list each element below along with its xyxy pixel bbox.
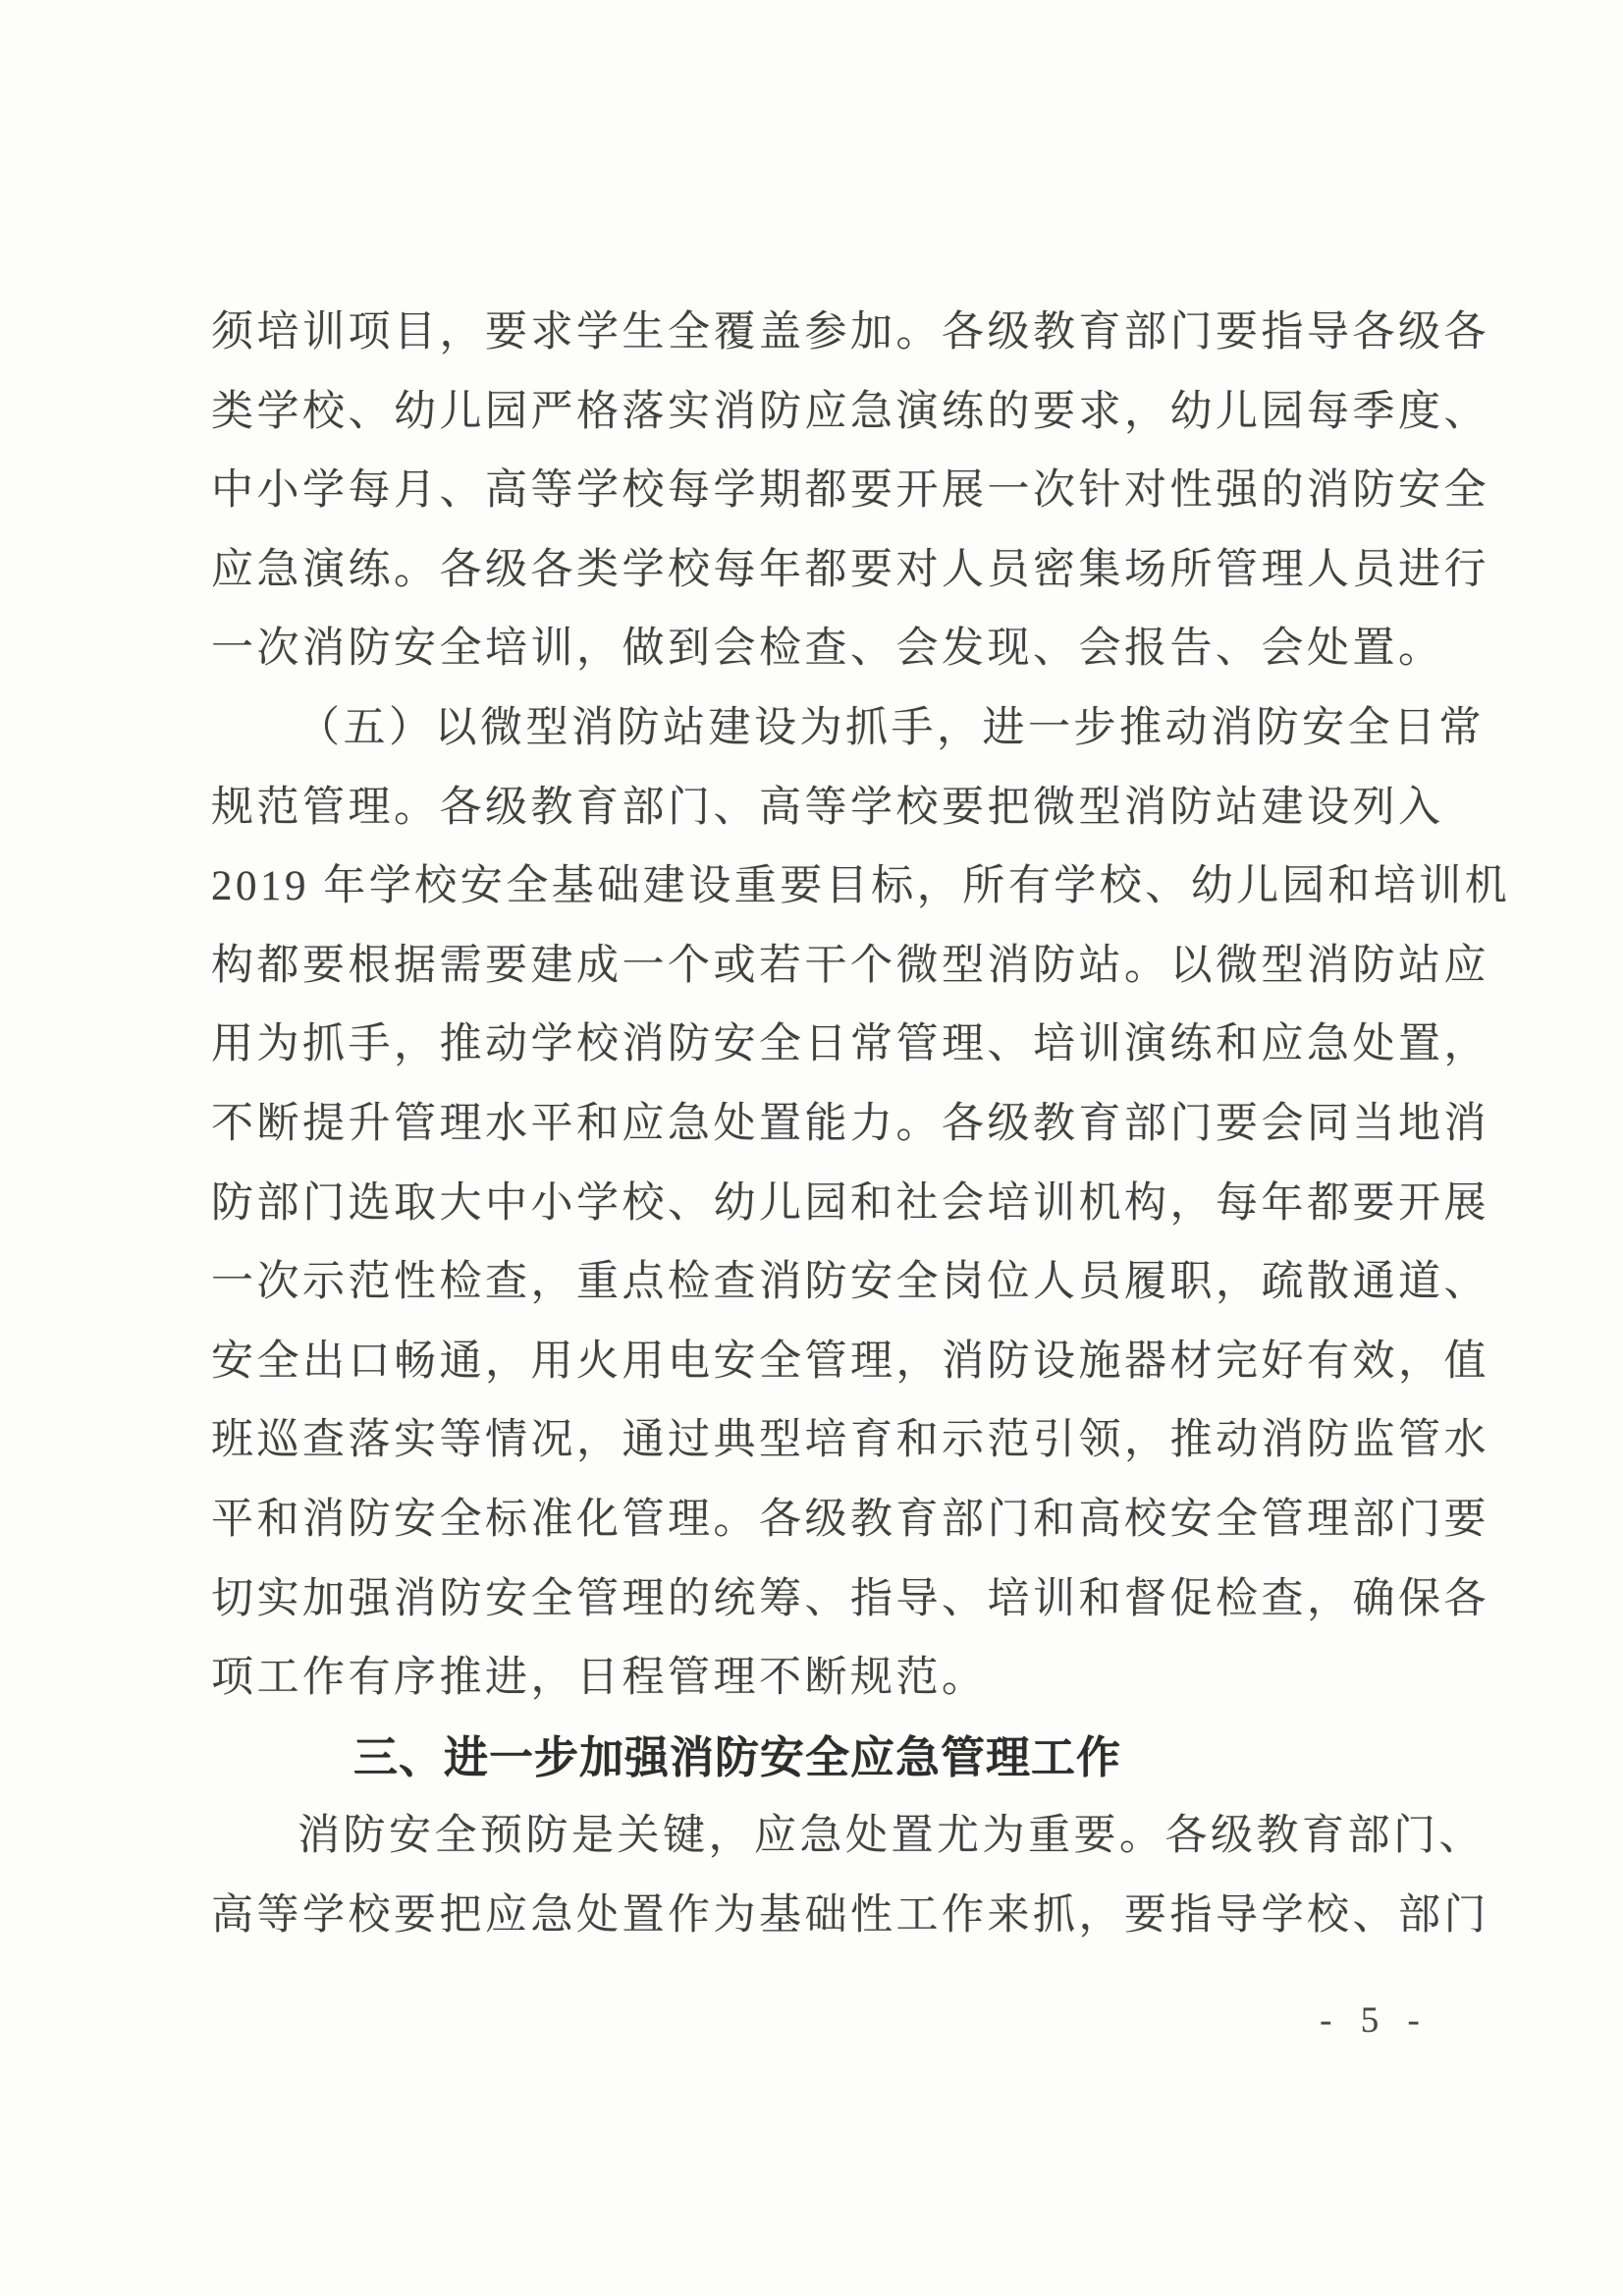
body-line: 高等学校要把应急处置作为基础性工作来抓，要指导学校、部门 <box>211 1877 1492 1956</box>
body-line: 2019 年学校安全基础建设重要目标，所有学校、幼儿园和培训机 <box>211 847 1492 927</box>
body-line: 规范管理。各级教育部门、高等学校要把微型消防站建设列入 <box>211 769 1492 848</box>
body-line: 须培训项目，要求学生全覆盖参加。各级教育部门要指导各级各 <box>211 294 1492 373</box>
section-heading: 三、进一步加强消防安全应急管理工作 <box>211 1719 1492 1798</box>
document-body: 须培训项目，要求学生全覆盖参加。各级教育部门要指导各级各 类学校、幼儿园严格落实… <box>211 294 1492 1955</box>
body-line: 构都要根据需要建成一个或若干个微型消防站。以微型消防站应 <box>211 927 1492 1007</box>
body-line: 应急演练。各级各类学校每年都要对人员密集场所管理人员进行 <box>211 531 1492 611</box>
page-number: - 5 - <box>1291 1999 1458 2042</box>
body-line: 类学校、幼儿园严格落实消防应急演练的要求，幼儿园每季度、 <box>211 373 1492 453</box>
body-line: 一次消防安全培训，做到会检查、会发现、会报告、会处置。 <box>211 610 1492 689</box>
body-line: 一次示范性检查，重点检查消防安全岗位人员履职，疏散通道、 <box>211 1243 1492 1323</box>
body-line: 中小学每月、高等学校每学期都要开展一次针对性强的消防安全 <box>211 452 1492 531</box>
body-line: 项工作有序推进，日程管理不断规范。 <box>211 1639 1492 1719</box>
document-page: 须培训项目，要求学生全覆盖参加。各级教育部门要指导各级各 类学校、幼儿园严格落实… <box>0 0 1623 2296</box>
body-line: 用为抓手，推动学校消防安全日常管理、培训演练和应急处置， <box>211 1006 1492 1085</box>
body-line: 不断提升管理水平和应急处置能力。各级教育部门要会同当地消 <box>211 1085 1492 1165</box>
body-line-item-five-start: （五）以微型消防站建设为抓手，进一步推动消防安全日常 <box>211 689 1492 769</box>
body-line: 防部门选取大中小学校、幼儿园和社会培训机构，每年都要开展 <box>211 1165 1492 1244</box>
body-line: 班巡查落实等情况，通过典型培育和示范引领，推动消防监管水 <box>211 1401 1492 1481</box>
body-line: 平和消防安全标准化管理。各级教育部门和高校安全管理部门要 <box>211 1481 1492 1560</box>
body-line: 切实加强消防安全管理的统筹、指导、培训和督促检查，确保各 <box>211 1560 1492 1640</box>
body-line-section-three-start: 消防安全预防是关键，应急处置尤为重要。各级教育部门、 <box>211 1797 1492 1877</box>
body-line: 安全出口畅通，用火用电安全管理，消防设施器材完好有效，值 <box>211 1323 1492 1402</box>
